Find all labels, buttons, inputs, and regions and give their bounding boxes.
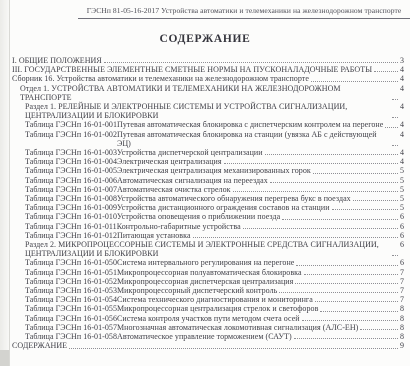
toc-entry-label: Таблица ГЭСНп 16-01-053 [25,286,117,295]
dot-leader [193,237,398,238]
dot-leader [302,320,398,321]
running-title: ГЭСНп 81-05-16-2017 Устройства автоматик… [78,6,410,19]
toc-entry-page: 5 [400,166,404,175]
toc-entry-page: 8 [400,332,404,341]
toc-entry: Раздел 1. РЕЛЕЙНЫЕ И ЭЛЕКТРОННЫЕ СИСТЕМЫ… [12,102,404,120]
toc-entry-text: I. ОБЩИЕ ПОЛОЖЕНИЯ [12,56,102,65]
dot-leader [224,163,398,164]
toc-entry-text: Микропроцессорная диспетчерская централи… [117,277,293,286]
toc-entry-label: Таблица ГЭСНп 16-01-001 [25,120,117,129]
toc-entry: Таблица ГЭСНп 16-01-053 Микропроцессорны… [12,286,404,295]
toc-entry-text: СОДЕРЖАНИЕ [12,341,67,350]
toc-entry-label: Таблица ГЭСНп 16-01-005 [25,166,117,175]
toc-entry: Таблица ГЭСНп 16-01-051 Микропроцессорна… [12,268,404,277]
toc-entry-page: 8 [400,314,404,323]
toc-entry: III. ГОСУДАРСТВЕННЫЕ ЭЛЕМЕНТНЫЕ СМЕТНЫЕ … [12,65,404,74]
toc-entry-page: 4 [400,84,404,93]
dot-leader [294,338,398,339]
scan-edge-line [9,0,10,366]
toc-entry-page: 4 [400,102,404,111]
toc-entry-page: 6 [400,231,404,240]
toc-entry: Таблица ГЭСНп 16-01-004 Электрическая це… [12,157,404,166]
toc-entry-page: 7 [400,295,404,304]
dot-leader [315,301,398,302]
dot-leader [313,173,398,174]
toc-entry-label: Таблица ГЭСНп 16-01-054 [25,295,117,304]
dot-leader [385,127,398,128]
toc-entry-text: Путевая автоматическая блокировка с дисп… [117,120,383,129]
toc-entry-label: Таблица ГЭСНп 16-01-008 [25,194,117,203]
toc-entry-page: 8 [400,323,404,332]
table-of-contents: I. ОБЩИЕ ПОЛОЖЕНИЯ 3 III. ГОСУДАРСТВЕННЫ… [12,56,404,351]
toc-entry-text: Микропроцессорная полуавтоматическая бло… [117,268,302,277]
toc-entry-text: Раздел 1. РЕЛЕЙНЫЕ И ЭЛЕКТРОННЫЕ СИСТЕМЫ… [25,102,390,120]
scan-edge-shade [0,0,9,366]
page-title: СОДЕРЖАНИЕ [0,33,410,45]
dot-leader [392,145,398,146]
toc-entry-label: Таблица ГЭСНп 16-01-057 [25,323,117,332]
toc-entry: Таблица ГЭСНп 16-01-001 Путевая автомати… [12,120,404,129]
toc-entry: Отдел 1. УСТРОЙСТВА АВТОМАТИКИ И ТЕЛЕМЕХ… [12,84,404,102]
toc-entry-text: Автоматическая сигнализация на переездах [117,176,268,185]
toc-entry-label: Таблица ГЭСНп 16-01-012 [25,231,117,240]
toc-entry: Таблица ГЭСНп 16-01-009 Устройства диста… [12,203,404,212]
toc-entry-label: Таблица ГЭСНп 16-01-058 [25,332,117,341]
toc-entry-page: 6 [400,258,404,267]
toc-entry: Сборник 16. Устройства автоматики и теле… [12,74,404,83]
toc-entry: Таблица ГЭСНп 16-01-057 Многозначная авт… [12,323,404,332]
toc-entry-label: Таблица ГЭСНп 16-01-003 [25,148,117,157]
toc-entry: Таблица ГЭСНп 16-01-008 Устройства автом… [12,194,404,203]
toc-entry: Таблица ГЭСНп 16-01-005 Электрическая це… [12,166,404,175]
toc-entry-text: Устройства диспетчерской централизации [117,148,263,157]
toc-entry-text: Система контроля участков пути методом с… [117,314,300,323]
toc-entry-page: 4 [400,157,404,166]
toc-entry: Таблица ГЭСНп 16-01-006 Автоматическая с… [12,176,404,185]
toc-entry-page: 4 [400,120,404,129]
toc-entry-text: Контрольно-габаритные устройства [117,222,241,231]
dot-leader [304,274,398,275]
toc-entry-text: Микропроцессорный диспетчерский контроль [117,286,277,295]
dot-leader [295,283,398,284]
scan-corner-smudge [0,350,9,366]
toc-entry-text: Устройства оповещения о приближении поез… [117,212,280,221]
toc-entry-label: Таблица ГЭСНп 16-01-056 [25,314,117,323]
toc-entry-page: 5 [400,203,404,212]
toc-entry-page: 6 [400,222,404,231]
toc-entry-label: Таблица ГЭСНп 16-01-009 [25,203,117,212]
dot-leader [296,265,398,266]
toc-entry: Таблица ГЭСНп 16-01-011 Контрольно-габар… [12,222,404,231]
dot-leader [243,228,398,229]
toc-entry: Таблица ГЭСНп 16-01-012 Питающая установ… [12,231,404,240]
toc-entry: СОДЕРЖАНИЕ 9 [12,341,404,350]
toc-entry: Таблица ГЭСНп 16-01-002 Путевая автомати… [12,130,404,148]
toc-entry-text: Сборник 16. Устройства автоматики и теле… [12,74,309,83]
dot-leader [69,348,398,349]
dot-leader [332,209,398,210]
toc-entry-page: 7 [400,268,404,277]
toc-entry-text: Автоматическая очистка стрелок [117,185,231,194]
toc-entry: Раздел 2. МИКРОПРОЦЕССОРНЫЕ СИСТЕМЫ И ЭЛ… [12,240,404,258]
toc-entry-page: 4 [400,74,404,83]
toc-entry: Таблица ГЭСНп 16-01-056 Система контроля… [12,314,404,323]
toc-entry-text: Электрическая централизация механизирова… [117,166,311,175]
toc-entry-page: 5 [400,185,404,194]
toc-entry-text: Раздел 2. МИКРОПРОЦЕССОРНЫЕ СИСТЕМЫ И ЭЛ… [25,240,390,258]
toc-entry-page: 8 [400,304,404,313]
dot-leader [270,182,398,183]
toc-entry-label: Таблица ГЭСНп 16-01-055 [25,304,117,313]
toc-entry-page: 3 [400,56,404,65]
dot-leader [392,117,398,118]
dot-leader [104,62,398,63]
dot-leader [311,81,398,82]
toc-entry: I. ОБЩИЕ ПОЛОЖЕНИЯ 3 [12,56,404,65]
toc-entry-text: Отдел 1. УСТРОЙСТВА АВТОМАТИКИ И ТЕЛЕМЕХ… [20,84,390,102]
toc-entry: Таблица ГЭСНп 16-01-003 Устройства диспе… [12,148,404,157]
toc-entry-page: 5 [400,176,404,185]
dot-leader [374,71,398,72]
toc-entry-page: 6 [400,240,404,249]
toc-entry-text: Питающая установка [117,231,191,240]
toc-entry-page: 6 [400,212,404,221]
toc-entry-text: Путевая автоматическая блокировка на ста… [117,130,390,148]
toc-entry-text: Устройства автоматического обнаружения п… [117,194,351,203]
toc-entry: Таблица ГЭСНп 16-01-054 Система техничес… [12,295,404,304]
toc-entry-text: Система технического диагностирования и … [117,295,313,304]
toc-entry: Таблица ГЭСНп 16-01-007 Автоматическая о… [12,185,404,194]
toc-entry-label: Таблица ГЭСНп 16-01-011 [25,222,117,231]
dot-leader [392,255,398,256]
dot-leader [360,329,398,330]
toc-entry-text: III. ГОСУДАРСТВЕННЫЕ ЭЛЕМЕНТНЫЕ СМЕТНЫЕ … [12,65,372,74]
dot-leader [282,219,398,220]
toc-entry: Таблица ГЭСНп 16-01-055 Микропроцессорна… [12,304,404,313]
dot-leader [353,200,398,201]
dot-leader [279,292,398,293]
document-page: ГЭСНп 81-05-16-2017 Устройства автоматик… [0,0,410,366]
toc-entry-page: 7 [400,277,404,286]
toc-entry-page: 4 [400,148,404,157]
toc-entry-label: Таблица ГЭСНп 16-01-052 [25,277,117,286]
toc-entry-page: 4 [400,130,404,139]
toc-entry-label: Таблица ГЭСНп 16-01-010 [25,212,117,221]
toc-entry: Таблица ГЭСНп 16-01-052 Микропроцессорна… [12,277,404,286]
toc-entry-page: 4 [400,65,404,74]
toc-entry-text: Микропроцессорная централизация стрелок … [117,304,318,313]
dot-leader [233,191,398,192]
toc-entry-text: Многозначная автоматическая локомотивная… [117,323,358,332]
toc-entry-text: Электрическая централизация [117,157,222,166]
toc-entry-page: 7 [400,286,404,295]
toc-entry: Таблица ГЭСНп 16-01-050 Система интервал… [12,258,404,267]
toc-entry-text: Автоматическое управление торможением (С… [117,332,292,341]
dot-leader [392,99,398,100]
toc-entry-label: Таблица ГЭСНп 16-01-007 [25,185,117,194]
toc-entry-text: Система интервального регулирования на п… [117,258,294,267]
toc-entry-text: Устройства дистанционного ограждения сос… [117,203,330,212]
toc-entry-label: Таблица ГЭСНп 16-01-006 [25,176,117,185]
toc-entry-page: 5 [400,194,404,203]
toc-entry: Таблица ГЭСНп 16-01-010 Устройства опове… [12,212,404,221]
toc-entry: Таблица ГЭСНп 16-01-058 Автоматическое у… [12,332,404,341]
toc-entry-label: Таблица ГЭСНп 16-01-004 [25,157,117,166]
dot-leader [320,311,398,312]
toc-entry-label: Таблица ГЭСНп 16-01-050 [25,258,117,267]
dot-leader [265,154,398,155]
toc-entry-page: 9 [400,341,404,350]
toc-entry-label: Таблица ГЭСНп 16-01-051 [25,268,117,277]
toc-entry-label: Таблица ГЭСНп 16-01-002 [25,130,117,139]
running-title-text: ГЭСНп 81-05-16-2017 Устройства автоматик… [87,6,402,15]
